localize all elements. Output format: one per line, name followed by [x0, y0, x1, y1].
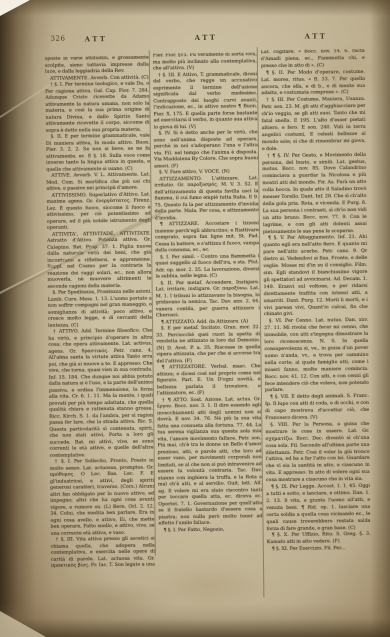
paper-stain — [40, 580, 180, 620]
text-column-3: Lat. cogitare. « Bocc. nov. 14. 6. racta… — [261, 49, 372, 602]
dictionary-paragraph: §. VIII. Per la Persona, a guisa che mos… — [265, 422, 370, 485]
dictionary-paragraph: Fier. Fior. §15. Fu veramente di sorta v… — [153, 52, 257, 73]
dictionary-paragraph: ATTIVISSIMO. Superlativo d'Attivo. Lat. … — [46, 192, 150, 232]
dictionary-paragraph: ATTIVE. Avverb. V. L. Attivamente. Lat. … — [46, 173, 150, 194]
dictionary-paragraph: ¶ §. I. Per Fatto, Negozio, — [159, 527, 263, 535]
dictionary-paragraph: §. II. E per termine grammaticale, vale … — [46, 134, 150, 174]
dictionary-paragraph: † §. III. Vita attiva presso gli ascetic… — [51, 537, 155, 569]
dictionary-paragraph: ¶ §. VII. È detto degli animali. S. Fran… — [265, 394, 369, 423]
running-head-column-1: ATT — [85, 34, 108, 43]
dictionary-paragraph: † §. I. Per Sollecito, Pronto, Presto in… — [50, 459, 155, 538]
dictionary-paragraph: ¶ §. X. Per Uffizio, Rito. S. Greg. §. 3… — [267, 532, 371, 547]
text-column-1: sposte in varie attitudini, e grossament… — [45, 56, 155, 569]
dictionary-paragraph: ¶ §. V. Per Atteggiamento. Inf. 21. Ahi … — [263, 235, 368, 319]
dictionary-paragraph: † ¶ ATTO. Sost. Azione. Lat. actus. Gr. … — [157, 397, 263, 528]
text-column-2: Fier. Fior. §15. Fu veramente di sorta v… — [153, 52, 263, 553]
running-head-column-2: ATT — [195, 33, 218, 42]
book-gutter-shadow — [0, 0, 54, 637]
dictionary-paragraph: §. I. Per simil. - Contro una fiammetta … — [155, 254, 259, 281]
dictionary-paragraph: ¶ ATTIZZATORE. Verbal. masc. Che attizza… — [157, 364, 261, 398]
dictionary-paragraph: † §. III. Per Costume, Maniera, Usanza. … — [261, 97, 366, 154]
dictionary-paragraph: ATTIZZAMENTO. L'attizzare. Lat. irritati… — [154, 176, 259, 223]
dictionary-paragraph: † §. I. Per termine teologico, e vale Da… — [45, 82, 150, 135]
dictionary-paragraph: sposte in varie attitudini, e grossament… — [45, 56, 149, 77]
dictionary-paragraph: §. VI. Per Cenno. Lat. nutus. Dan. xxv. … — [264, 318, 369, 395]
running-head-column-3: ATT — [305, 31, 328, 40]
dictionary-paragraph: ¶ ATTIZZARE. Accostare i tizzoni insieme… — [155, 221, 259, 255]
dictionary-paragraph: §. Per Speditezza, Prontezza nelle azion… — [48, 290, 152, 330]
dictionary-paragraph: ¶ §. XI. Per Esercizio. Fil. Per... — [267, 546, 371, 554]
dictionary-paragraph: † ATTIVO. Add. Termine filosofico. Che h… — [48, 329, 154, 460]
page-edge-right — [370, 0, 390, 637]
dictionary-paragraph: §. II. Per metaf. Accendere, Instigare. … — [156, 280, 260, 320]
dictionary-paragraph: §. E per metaf. Incitato. Gran. mor. 32.… — [156, 325, 260, 365]
dictionary-paragraph: † ¶ §. IV. Per Gesto, e Movimento della … — [262, 152, 367, 236]
dictionary-paragraph: ¶ §. IX. Per Legge. Accost. 1. 1. 45. Og… — [266, 484, 371, 534]
dictionary-paragraph: † §. III. E Attivo, T. grammaticale, dic… — [153, 72, 258, 132]
page-edge-top — [0, 0, 390, 16]
dictionary-paragraph: §. IV. Si è detto anche per le virtù, ch… — [154, 130, 258, 170]
paper-stain — [300, 40, 390, 100]
scanned-book-page-photo: 326 ATT ATT ATT sposte in varie attitudi… — [0, 0, 390, 637]
